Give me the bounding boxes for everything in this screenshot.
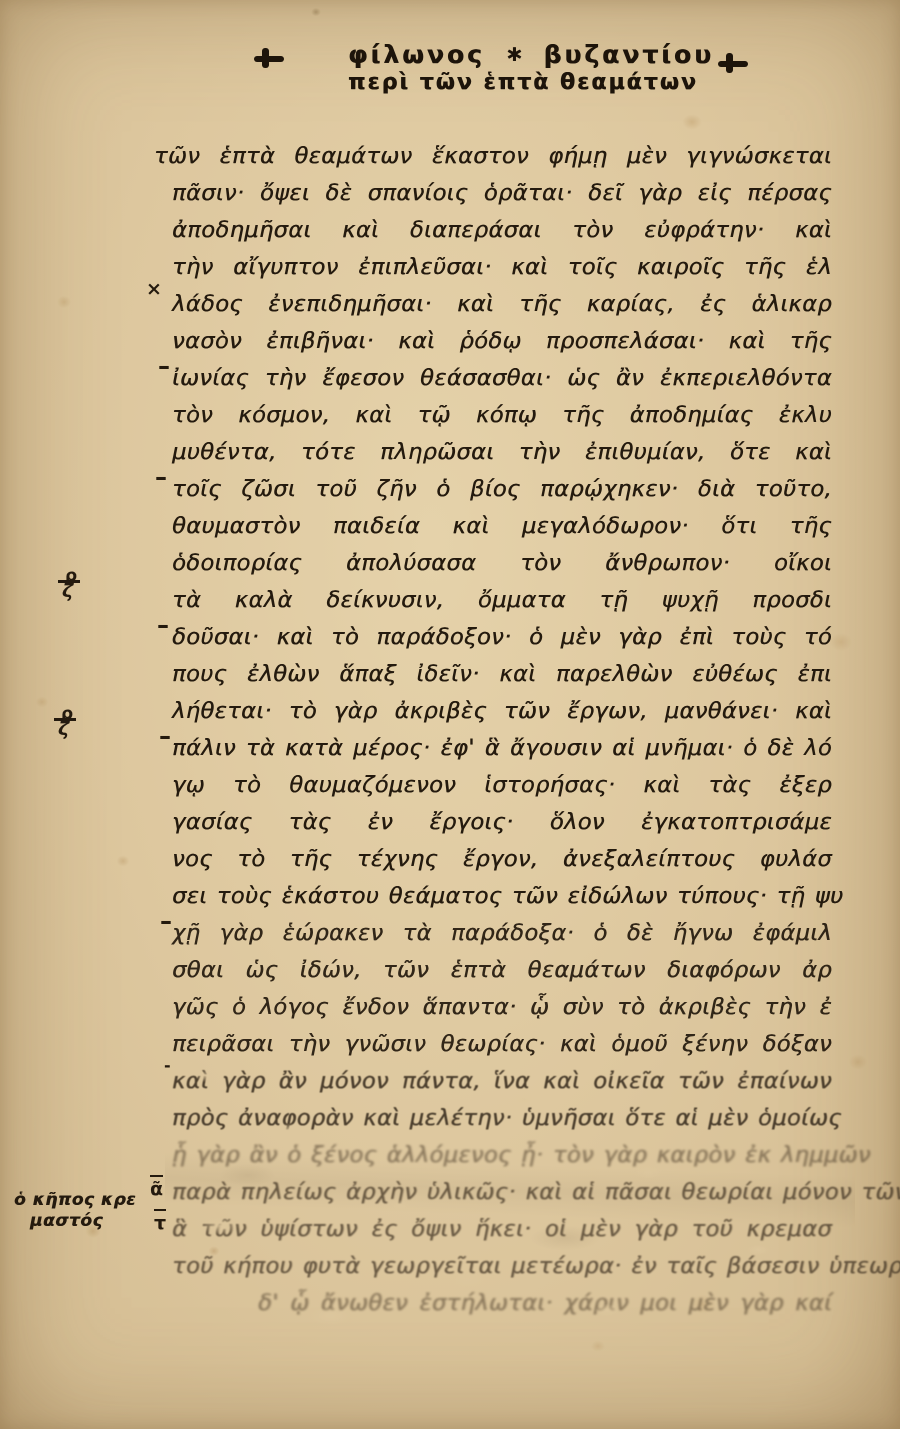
zetei-mark-icon: ρ ζ: [58, 572, 84, 616]
text-line: γῳ τὸ θαυμαζόμενον ἱστορήσας· καὶ τὰς ἐξ…: [172, 767, 832, 804]
title-origin: βυζαντίου: [543, 40, 714, 69]
text-line: πρὸς ἀναφορὰν καὶ μελέτην· ὑμνῆσαι ὅτε α…: [172, 1100, 832, 1137]
marginal-note-line-1: ὁ κῆπος κρε: [14, 1190, 164, 1210]
dash-nota-mark-icon: –: [158, 352, 168, 380]
text-line: νος τὸ τῆς τέχνης ἔργον, ἀνεξαλείπτους φ…: [172, 841, 832, 878]
text-line: τοῦ κήπου φυτὰ γεωργεῖται μετέωρα· ἐν τα…: [172, 1248, 832, 1285]
text-line: σει τοὺς ἑκάστου θεάματος τῶν εἰδώλων τύ…: [172, 878, 832, 915]
dash-nota-mark-icon: –: [160, 907, 170, 935]
text-line: λήθεται· τὸ γὰρ ἀκριβὲς τῶν ἔργων, μανθά…: [172, 693, 832, 730]
text-line: χῇ γὰρ ἑώρακεν τὰ παράδοξα· ὁ δὲ ἤγνω ἐφ…: [172, 915, 832, 952]
dash-nota-mark-icon: -: [164, 1056, 169, 1075]
zetei-mark-bottom: ζ: [58, 718, 69, 740]
dash-nota-mark-icon: –: [159, 722, 169, 750]
title-line-2: περὶ τῶν ἑπτὰ θεαμάτων: [348, 70, 714, 95]
text-line: τῶν ἑπτὰ θεαμάτων ἕκαστον φήμῃ μὲν γιγνώ…: [154, 138, 832, 175]
text-line: μυθέντα, τότε πληρῶσαι τὴν ἐπιθυμίαν, ὅτ…: [172, 434, 832, 471]
text-line: λάδος ἐνεπιδημῆσαι· καὶ τῆς καρίας, ἐς ἁ…: [172, 286, 832, 323]
x-nota-mark-icon: ×: [146, 278, 162, 300]
zetei-mark-bottom: ζ: [62, 580, 73, 602]
title-line-1: φίλωνος ∗ βυζαντίου: [348, 40, 714, 69]
text-line: τὰ καλὰ δείκνυσιν, ὄμματα τῇ ψυχῇ προσδι: [172, 582, 832, 619]
text-line: γασίας τὰς ἐν ἔργοις· ὅλον ἐγκατοπτρισάμ…: [172, 804, 832, 841]
text-line: ᾗ γὰρ ἂν ὁ ξένος ἁλλόμενος ᾖ· τὸν γὰρ κα…: [172, 1137, 832, 1174]
dash-nota-mark-icon: –: [155, 463, 165, 491]
cross-ornament-right-icon: [718, 53, 752, 75]
text-line: θαυμαστὸν παιδεία καὶ μεγαλόδωρον· ὅτι τ…: [172, 508, 832, 545]
text-line: γῶς ὁ λόγος ἔνδον ἅπαντα· ᾧ σὺν τὸ ἀκριβ…: [172, 989, 832, 1026]
title-author: φίλωνος: [348, 40, 485, 69]
text-line: τὸν κόσμον, καὶ τῷ κόπῳ τῆς ἀποδημίας ἐκ…: [172, 397, 832, 434]
text-line: δ' ᾧ ἄνωθεν ἐστήλωται· χάριν μοι μὲν γὰρ…: [172, 1285, 832, 1322]
text-line: τοῖς ζῶσι τοῦ ζῆν ὁ βίος παρῴχηκεν· διὰ …: [172, 471, 832, 508]
text-line: πάλιν τὰ κατὰ μέρος· ἐφ' ἃ ἄγουσιν αἱ μν…: [172, 730, 832, 767]
text-line: σθαι ὡς ἰδών, τῶν ἑπτὰ θεαμάτων διαφόρων…: [172, 952, 832, 989]
text-line: καὶ γὰρ ἂν μόνον πάντα, ἵνα καὶ οἰκεῖα τ…: [172, 1063, 832, 1100]
text-line: πους ἐλθὼν ἅπαξ ἰδεῖν· καὶ παρελθὼν εὐθέ…: [172, 656, 832, 693]
text-line: ἰωνίας τὴν ἔφεσον θεάσασθαι· ὡς ἂν ἐκπερ…: [172, 360, 832, 397]
zetei-mark-icon: ρ ζ: [54, 710, 80, 754]
dash-nota-mark-icon: –: [157, 611, 167, 639]
text-line: ἀποδημῆσαι καὶ διαπεράσαι τὸν εὐφράτην· …: [172, 212, 832, 249]
text-line: ἃ τῶν ὑψίστων ἐς ὄψιν ἥκει· οἱ μὲν γὰρ τ…: [172, 1211, 832, 1248]
text-line: παρὰ πηλείως ἀρχὴν ὑλικῶς· καὶ αἱ πᾶσαι …: [172, 1174, 832, 1211]
text-line: ὁδοιπορίας ἀπολύσασα τὸν ἄνθρωπον· οἴκοι: [172, 545, 832, 582]
cross-ornament-left-icon: [254, 48, 288, 70]
marginal-note-hanging-garden: ὁ κῆπος κρε μαστός: [14, 1190, 164, 1231]
text-line: νασὸν ἐπιβῆναι· καὶ ῥόδῳ προσπελάσαι· κα…: [172, 323, 832, 360]
manuscript-page: φίλωνος ∗ βυζαντίου περὶ τῶν ἑπτὰ θεαμάτ…: [0, 0, 900, 1429]
main-text-block: τῶν ἑπτὰ θεαμάτων ἕκαστον φήμῃ μὲν γιγνώ…: [172, 138, 832, 1322]
asterisk-ornament-icon: ∗: [505, 42, 523, 67]
title-block: φίλωνος ∗ βυζαντίου περὶ τῶν ἑπτὰ θεαμάτ…: [348, 40, 714, 95]
text-line: πᾶσιν· ὄψει δὲ σπανίοις ὁρᾶται· δεῖ γὰρ …: [172, 175, 832, 212]
text-line: δοῦσαι· καὶ τὸ παράδοξον· ὁ μὲν γὰρ ἐπὶ …: [172, 619, 832, 656]
text-line: τὴν αἴγυπτον ἐπιπλεῦσαι· καὶ τοῖς καιροῖ…: [172, 249, 832, 286]
text-line: πειρᾶσαι τὴν γνῶσιν θεωρίας· καὶ ὁμοῦ ξέ…: [172, 1026, 832, 1063]
marginal-note-line-2: μαστός: [14, 1211, 164, 1231]
